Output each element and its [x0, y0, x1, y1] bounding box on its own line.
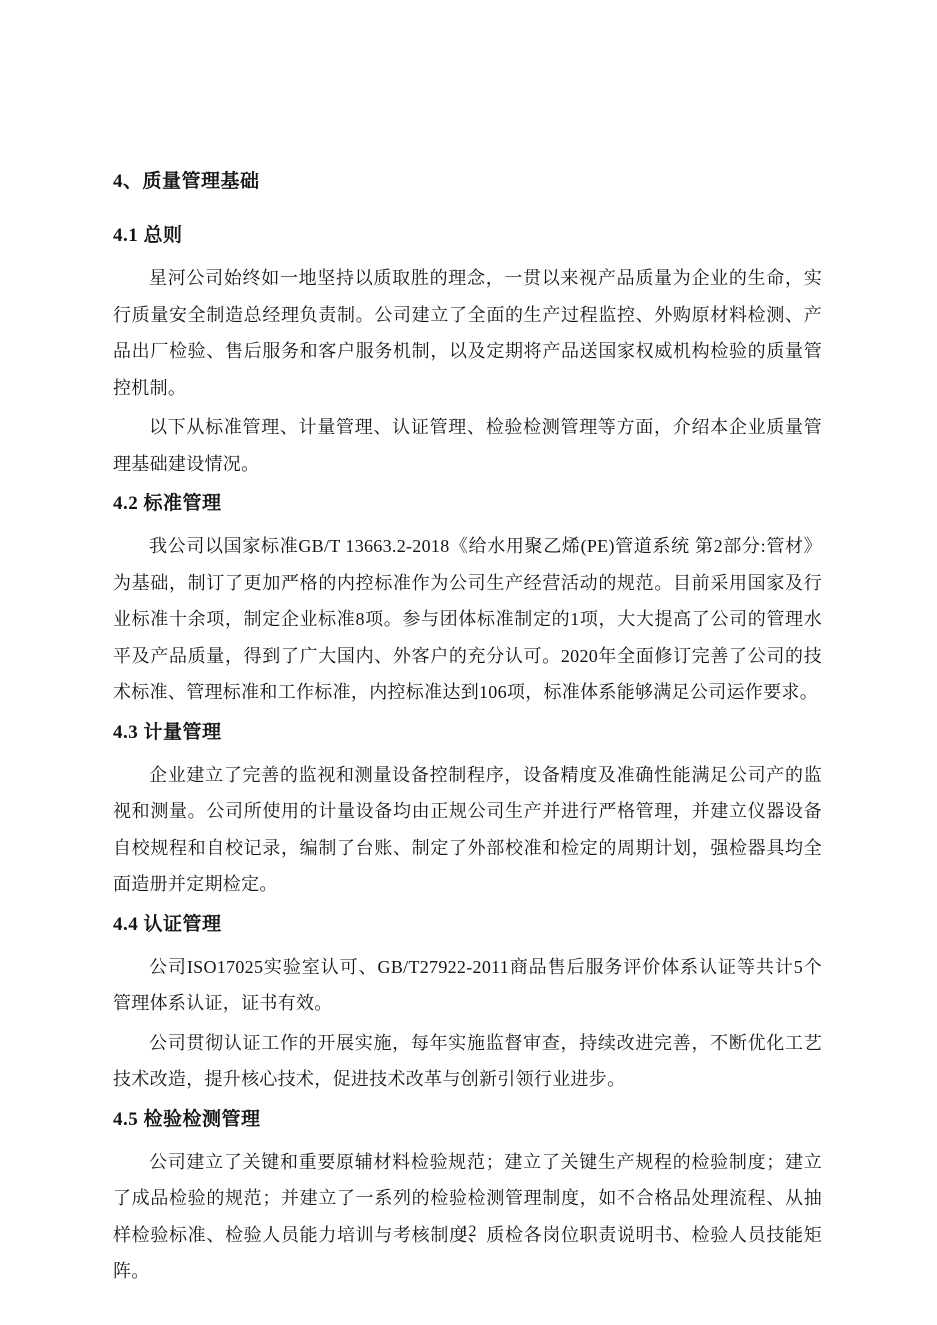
- paragraph-4-1-overview: 星河公司始终如一地坚持以质取胜的理念，一贯以来视产品质量为企业的生命，实行质量安…: [113, 260, 822, 406]
- section-heading-4-5: 4.5 检验检测管理: [113, 1108, 822, 1132]
- section-heading-4-1: 4.1 总则: [113, 224, 822, 248]
- paragraph-4-3-metrology: 企业建立了完善的监视和测量设备控制程序，设备精度及准确性能满足公司产的监视和测量…: [113, 757, 822, 903]
- document-page: 4、质量管理基础 4.1 总则 星河公司始终如一地坚持以质取胜的理念，一贯以来视…: [0, 0, 937, 1325]
- section-heading-4-2: 4.2 标准管理: [113, 492, 822, 516]
- section-heading-4-4: 4.4 认证管理: [113, 913, 822, 937]
- paragraph-4-4-certifications: 公司ISO17025实验室认可、GB/T27922-2011商品售后服务评价体系…: [113, 949, 822, 1022]
- paragraph-4-2-standards: 我公司以国家标准GB/T 13663.2-2018《给水用聚乙烯(PE)管道系统…: [113, 528, 822, 711]
- paragraph-4-5-inspection: 公司建立了关键和重要原辅材料检验规范；建立了关键生产规程的检验制度；建立了成品检…: [113, 1144, 822, 1290]
- paragraph-4-4-implementation: 公司贯彻认证工作的开展实施，每年实施监督审查，持续改进完善，不断优化工艺技术改造…: [113, 1025, 822, 1098]
- chapter-title: 4、质量管理基础: [113, 170, 822, 194]
- page-number: 12: [0, 1222, 937, 1242]
- paragraph-4-1-intro: 以下从标准管理、计量管理、认证管理、检验检测管理等方面，介绍本企业质量管理基础建…: [113, 409, 822, 482]
- section-heading-4-3: 4.3 计量管理: [113, 721, 822, 745]
